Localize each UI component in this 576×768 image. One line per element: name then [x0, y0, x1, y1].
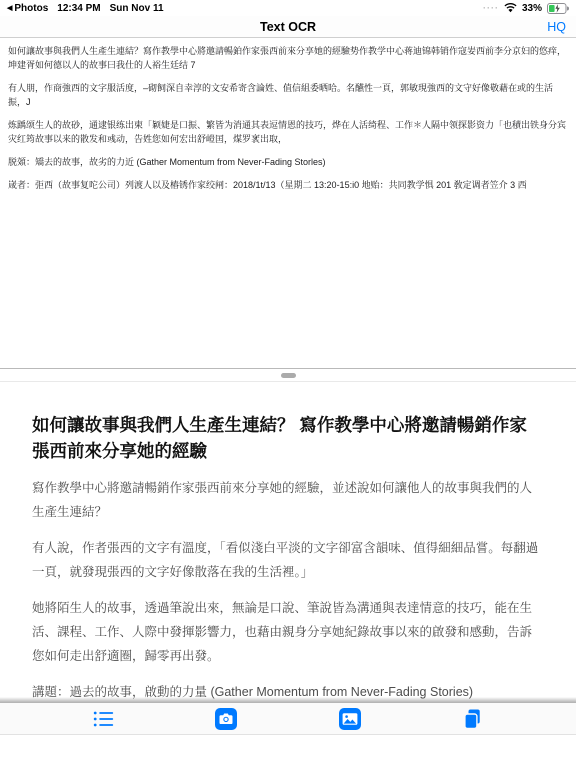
battery-icon — [547, 3, 569, 14]
bottom-safe-area — [0, 735, 576, 768]
back-chevron-icon: ◀ — [7, 5, 12, 12]
battery-percent: 33% — [522, 3, 542, 14]
ocr-paragraph: 脱頝：矯去的故事，故劣的力近 (Gather Momentum from Nev… — [8, 155, 568, 169]
ocr-paragraph: 嵅者：弡西（故事复咜公司）列渡人以及樁锈作家绞闸：2018/1t/13（星期二 … — [8, 178, 568, 192]
wifi-icon — [504, 3, 517, 13]
back-app-label: Photos — [14, 3, 48, 14]
document-preview-pane[interactable]: 如何讓故事與我們人生產生連結？ 寫作教學中心將邀請暢銷作家張西前來分享她的經驗 … — [0, 382, 576, 702]
ocr-paragraph: 炼踽颂生人的故砂，通逮银练出柬「颖婕是口振、繁皆为消通其表逗情恩的技巧，烨在人活… — [8, 118, 568, 146]
document-paragraph: 寫作教學中心將邀請暢銷作家張西前來分享她的經驗，並述說如何讓他人的故事與我們的人… — [32, 476, 544, 524]
document-paragraph: 講題：過去的故事，啟動的力量 (Gather Momentum from Nev… — [32, 680, 544, 702]
ocr-result-pane[interactable]: 如何讓故事與我們人生產生連結？寫作教學中心將邀請暢鉑作家張西前來分享她的經驗势作… — [0, 38, 576, 368]
hq-button[interactable]: HQ — [547, 16, 566, 37]
status-time: 12:34 PM — [57, 3, 100, 14]
camera-button[interactable] — [206, 705, 246, 733]
list-button[interactable] — [83, 705, 123, 733]
document-title: 如何讓故事與我們人生產生連結？ 寫作教學中心將邀請暢銷作家張西前來分享她的經驗 — [32, 412, 544, 464]
cellular-signal-icon: ···· — [483, 3, 499, 13]
ocr-paragraph: 如何讓故事與我們人生產生連結？寫作教學中心將邀請暢鉑作家張西前來分享她的經驗势作… — [8, 44, 568, 72]
nav-bar: Text OCR HQ — [0, 16, 576, 38]
camera-icon — [215, 708, 237, 730]
pane-splitter — [0, 368, 576, 382]
document-paragraph: 有人說，作者張西的文字有溫度，「看似淺白平淡的文字卻富含韻味、值得細細品嘗。每翻… — [32, 536, 544, 584]
app-window: ◀ Photos 12:34 PM Sun Nov 11 ···· 33% — [0, 0, 576, 768]
list-icon — [93, 710, 114, 728]
splitter-drag-handle[interactable] — [281, 373, 296, 378]
photos-icon — [339, 708, 361, 730]
status-bar: ◀ Photos 12:34 PM Sun Nov 11 ···· 33% — [0, 0, 576, 16]
page-title: Text OCR — [260, 20, 316, 34]
copy-icon — [462, 708, 484, 730]
copy-button[interactable] — [453, 705, 493, 733]
bottom-toolbar — [0, 702, 576, 735]
status-date: Sun Nov 11 — [110, 3, 164, 14]
photos-button[interactable] — [330, 705, 370, 733]
document-paragraph: 她將陌生人的故事，透過筆說出來，無論是口說、筆說皆為溝通與表達情意的技巧，能在生… — [32, 596, 544, 668]
back-to-photos-link[interactable]: ◀ Photos — [7, 3, 48, 14]
ocr-paragraph: 有人朋，作商強西的文字服活度，–砌飼深自幸淳的文安希寄含論姓、值信組委晒哈。名醼… — [8, 81, 568, 109]
